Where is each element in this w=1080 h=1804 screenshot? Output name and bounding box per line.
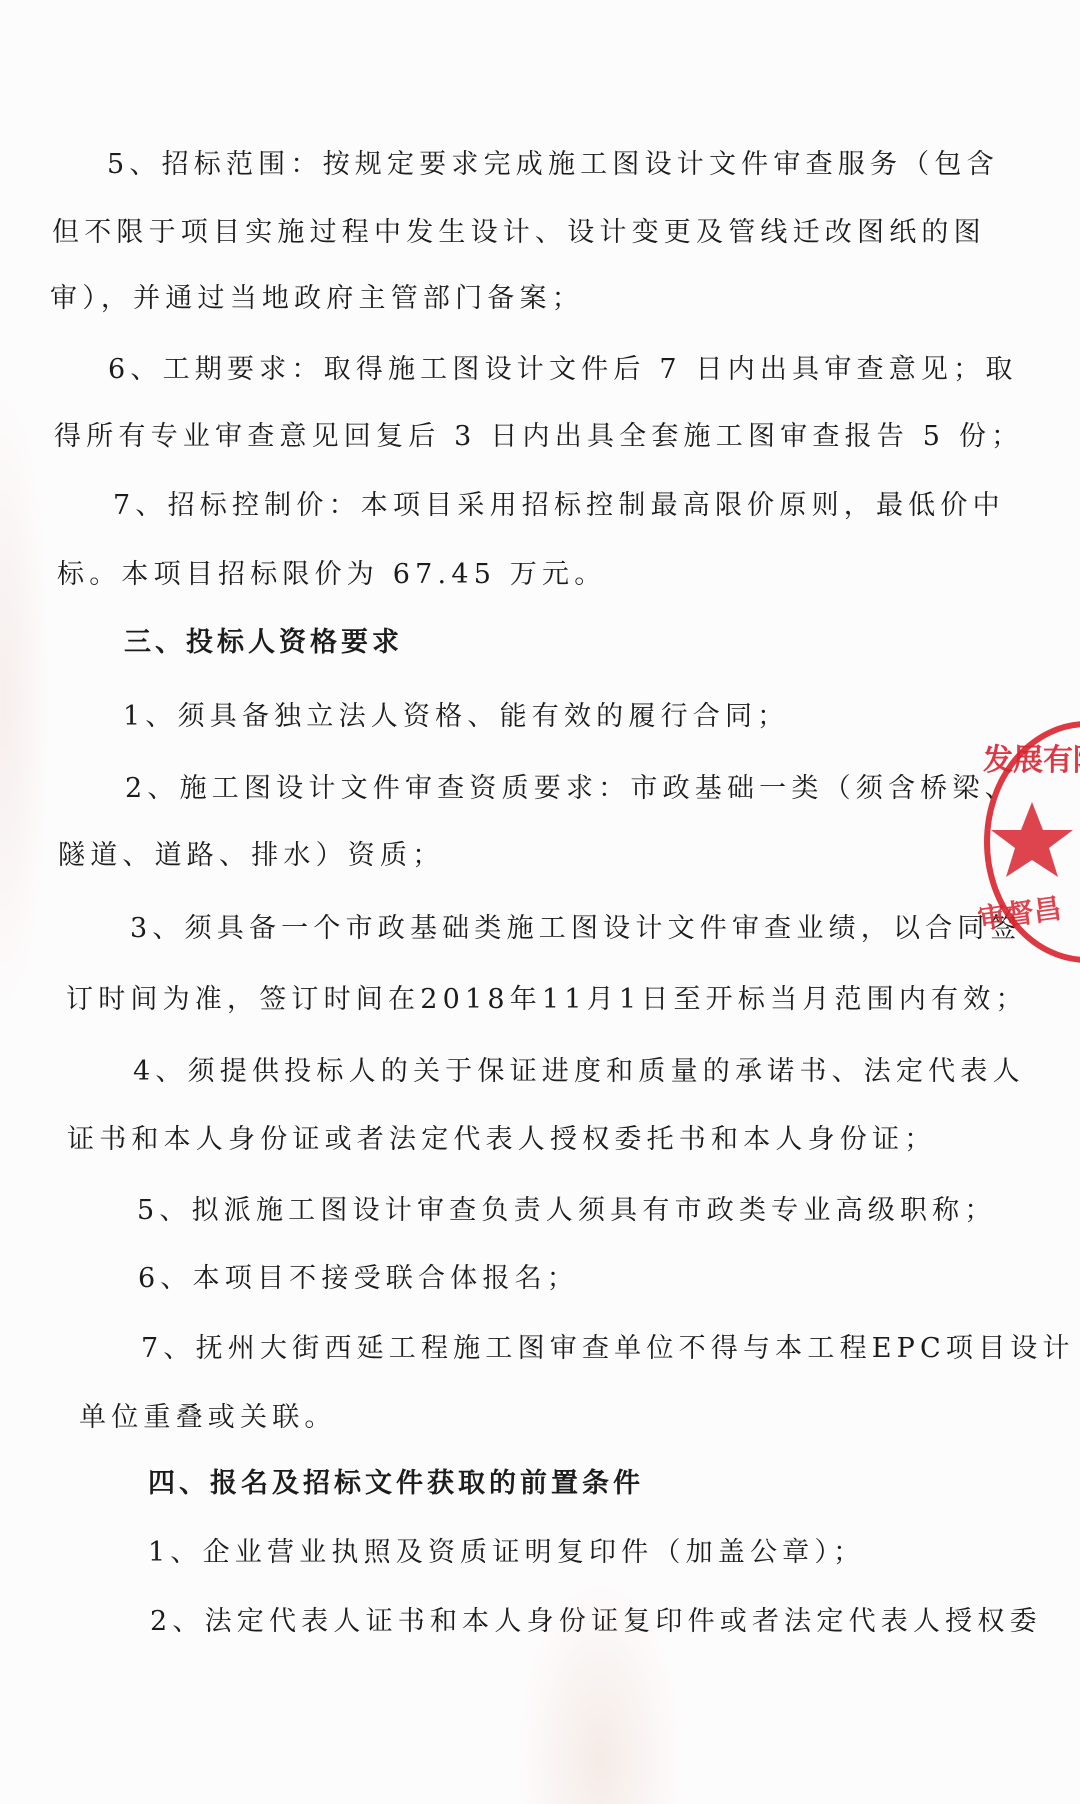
seal-bottom-text: 审督昌: [976, 892, 1064, 936]
seal-icon: 发展有限 审督昌: [975, 712, 1080, 972]
section-heading-bidder-qualifications: 三、投标人资格要求: [124, 626, 403, 660]
text-line-scope-2: 但不限于项目实施过程中发生设计、设计变更及管线迁改图纸的图: [52, 216, 986, 250]
section-heading-registration-conditions: 四、报名及招标文件获取的前置条件: [148, 1467, 644, 1501]
text-line-qual-4b: 证书和本人身份证或者法定代表人授权委托书和本人身份证；: [67, 1123, 936, 1157]
text-line-scope-3: 审），并通过当地政府主管部门备案；: [50, 282, 584, 316]
text-line-qual-3b: 订时间为准，签订时间在2018年11月1日至开标当月范围内有效；: [66, 983, 1028, 1017]
text-line-price-2: 标。本项目招标限价为 67.45 万元。: [57, 558, 606, 592]
scanned-page: 5、招标范围：按规定要求完成施工图设计文件审查服务（包含 但不限于项目实施过程中…: [0, 0, 1080, 1804]
text-line-qual-7b: 单位重叠或关联。: [79, 1401, 337, 1435]
text-line-qual-5: 5、拟派施工图设计审查负责人须具有市政类专业高级职称；: [137, 1194, 997, 1228]
text-line-price-1: 7、招标控制价：本项目采用招标控制最高限价原则，最低价中: [113, 489, 1005, 523]
text-line-qual-1: 1、须具备独立法人资格、能有效的履行合同；: [123, 700, 789, 734]
text-line-qual-6: 6、本项目不接受联合体报名；: [138, 1262, 579, 1296]
text-line-schedule-1: 6、工期要求：取得施工图设计文件后 7 日内出具审查意见；取: [108, 353, 1018, 387]
red-official-seal: 发展有限 审督昌: [975, 712, 1080, 972]
text-line-qual-2a: 2、施工图设计文件审查资质要求：市政基础一类（须含桥梁、: [125, 772, 1017, 806]
text-line-scope-1: 5、招标范围：按规定要求完成施工图设计文件审查服务（包含: [107, 148, 999, 182]
text-line-reg-1: 1、企业营业执照及资质证明复印件（加盖公章）；: [148, 1536, 865, 1570]
text-line-schedule-2: 得所有专业审查意见回复后 3 日内出具全套施工图审查报告 5 份；: [54, 420, 1023, 454]
text-line-qual-2b: 隧道、道路、排水）资质；: [58, 839, 444, 873]
text-line-qual-3a: 3、须具备一个市政基础类施工图设计文件审查业绩，以合同签: [130, 912, 1022, 946]
text-line-reg-2: 2、法定代表人证书和本人身份证复印件或者法定代表人授权委: [150, 1605, 1042, 1639]
text-line-qual-4a: 4、须提供投标人的关于保证进度和质量的承诺书、法定代表人: [133, 1055, 1025, 1089]
text-line-qual-7a: 7、抚州大街西延工程施工图审查单位不得与本工程EPC项目设计: [141, 1332, 1075, 1366]
seal-top-text: 发展有限: [983, 743, 1080, 778]
